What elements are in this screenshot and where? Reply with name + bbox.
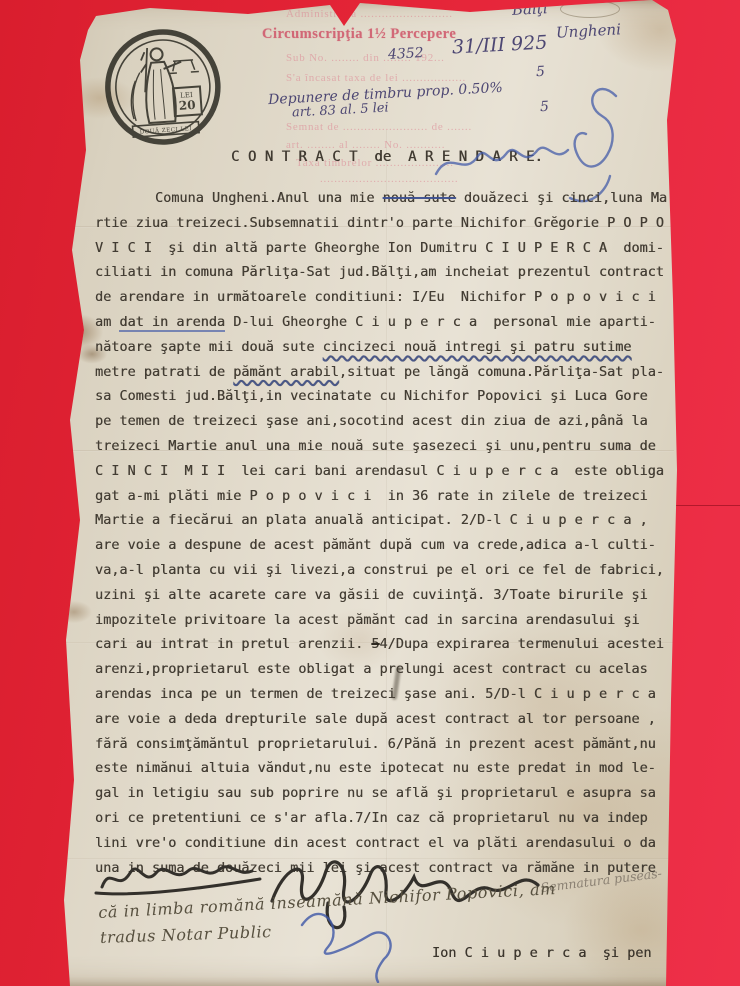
typed-line: fără consimţămăntul proprietarului. 6/Pă…	[95, 732, 680, 757]
svg-text:20: 20	[178, 98, 196, 113]
typed-line: cari au intrat in pretul arenzii. 54/Dup…	[95, 632, 680, 657]
typed-line: arenzi,proprietarul este obligat a prelu…	[95, 657, 680, 682]
scales-of-justice-icon	[168, 59, 199, 73]
typed-line: impozitele privitoare la acest pămănt ca…	[95, 608, 680, 633]
wheat-sheaf-icon	[129, 73, 143, 122]
typed-line: C I N C I M I I lei cari bani arendasul …	[95, 459, 680, 484]
typed-body: Comuna Ungheni.Anul una mie nouă sute do…	[95, 186, 680, 880]
typed-line: metre patrati de pămănt arabil,situat pe…	[95, 360, 680, 385]
notary-blue-signature	[286, 903, 426, 983]
registry-print-row: Circumscripţia 1½ Percepere	[262, 26, 456, 43]
typed-closing-line: Ion C i u p e r c a şi pen	[432, 945, 651, 961]
typed-line: de arendare in următoarele conditiuni: I…	[95, 285, 680, 310]
typed-line: pe temen de treizeci şase ani,socotind a…	[95, 409, 680, 434]
handwritten-date: 31/III 925	[451, 32, 547, 59]
revenue-seal-stamp: justice-figure-revenue-seal LEI 20 DOUĂ …	[99, 24, 227, 154]
typed-line: uzini şi alte acarete care va găsii de c…	[95, 583, 680, 608]
photographed-contract-document: justice-figure-revenue-seal LEI 20 DOUĂ …	[0, 0, 740, 986]
typed-line: rtie ziua treizeci.Subsemnatii dintr'o p…	[95, 211, 680, 236]
typed-line: ori ce pretentiuni ce s'ar afla.7/In caz…	[95, 806, 680, 831]
typed-line: V I C I şi din altă parte Gheorghe Ion D…	[95, 236, 680, 261]
typed-line: va,a-l planta cu vii şi livezi,a constru…	[95, 558, 680, 583]
typed-line: sa Comesti jud.Bălţi,in vecinatate cu Ni…	[95, 384, 680, 409]
typed-line: gal in letigiu sau sub poprire nu se afl…	[95, 781, 680, 806]
handwritten-registry-number: 4352	[388, 45, 424, 63]
typed-line: lini vre'o conditiune din acest contract…	[95, 831, 680, 856]
handwritten-county: Bălţi	[512, 0, 548, 19]
typed-line: treizeci Martie anul una mie nouă sute ş…	[95, 434, 680, 459]
paper-sheet: justice-figure-revenue-seal LEI 20 DOUĂ …	[0, 0, 740, 986]
typed-line: Comuna Ungheni.Anul una mie nouă sute do…	[95, 186, 680, 211]
registry-print-row: Administraţia ..........................	[286, 8, 453, 20]
justice-figure-robe	[144, 61, 177, 123]
typed-line: este nimănui altuia văndut,nu este ipote…	[95, 756, 680, 781]
typed-line: gat a-mi plăti mie P o p o v i c i in 36…	[95, 484, 680, 509]
typed-line: ciliati in comuna Părliţa-Sat jud.Bălţi,…	[95, 260, 680, 285]
typed-line: arendas inca pe un termen de treizeci şa…	[95, 682, 680, 707]
handwritten-commune: Ungheni	[556, 20, 622, 41]
justice-figure-head	[150, 48, 163, 61]
typed-line: are voie a despune de acest pămănt după …	[95, 533, 680, 558]
pencil-oval-mark	[560, 0, 620, 18]
typed-line: Martie a fiecărui an plata anuală antici…	[95, 508, 680, 533]
typed-line: am dat in arenda D-lui Gheorghe C i u p …	[95, 310, 680, 335]
typed-line: are voie a deda drepturile sale după ace…	[95, 707, 680, 732]
typed-line: nătoare şapte mii două sute cincizeci no…	[95, 335, 680, 360]
